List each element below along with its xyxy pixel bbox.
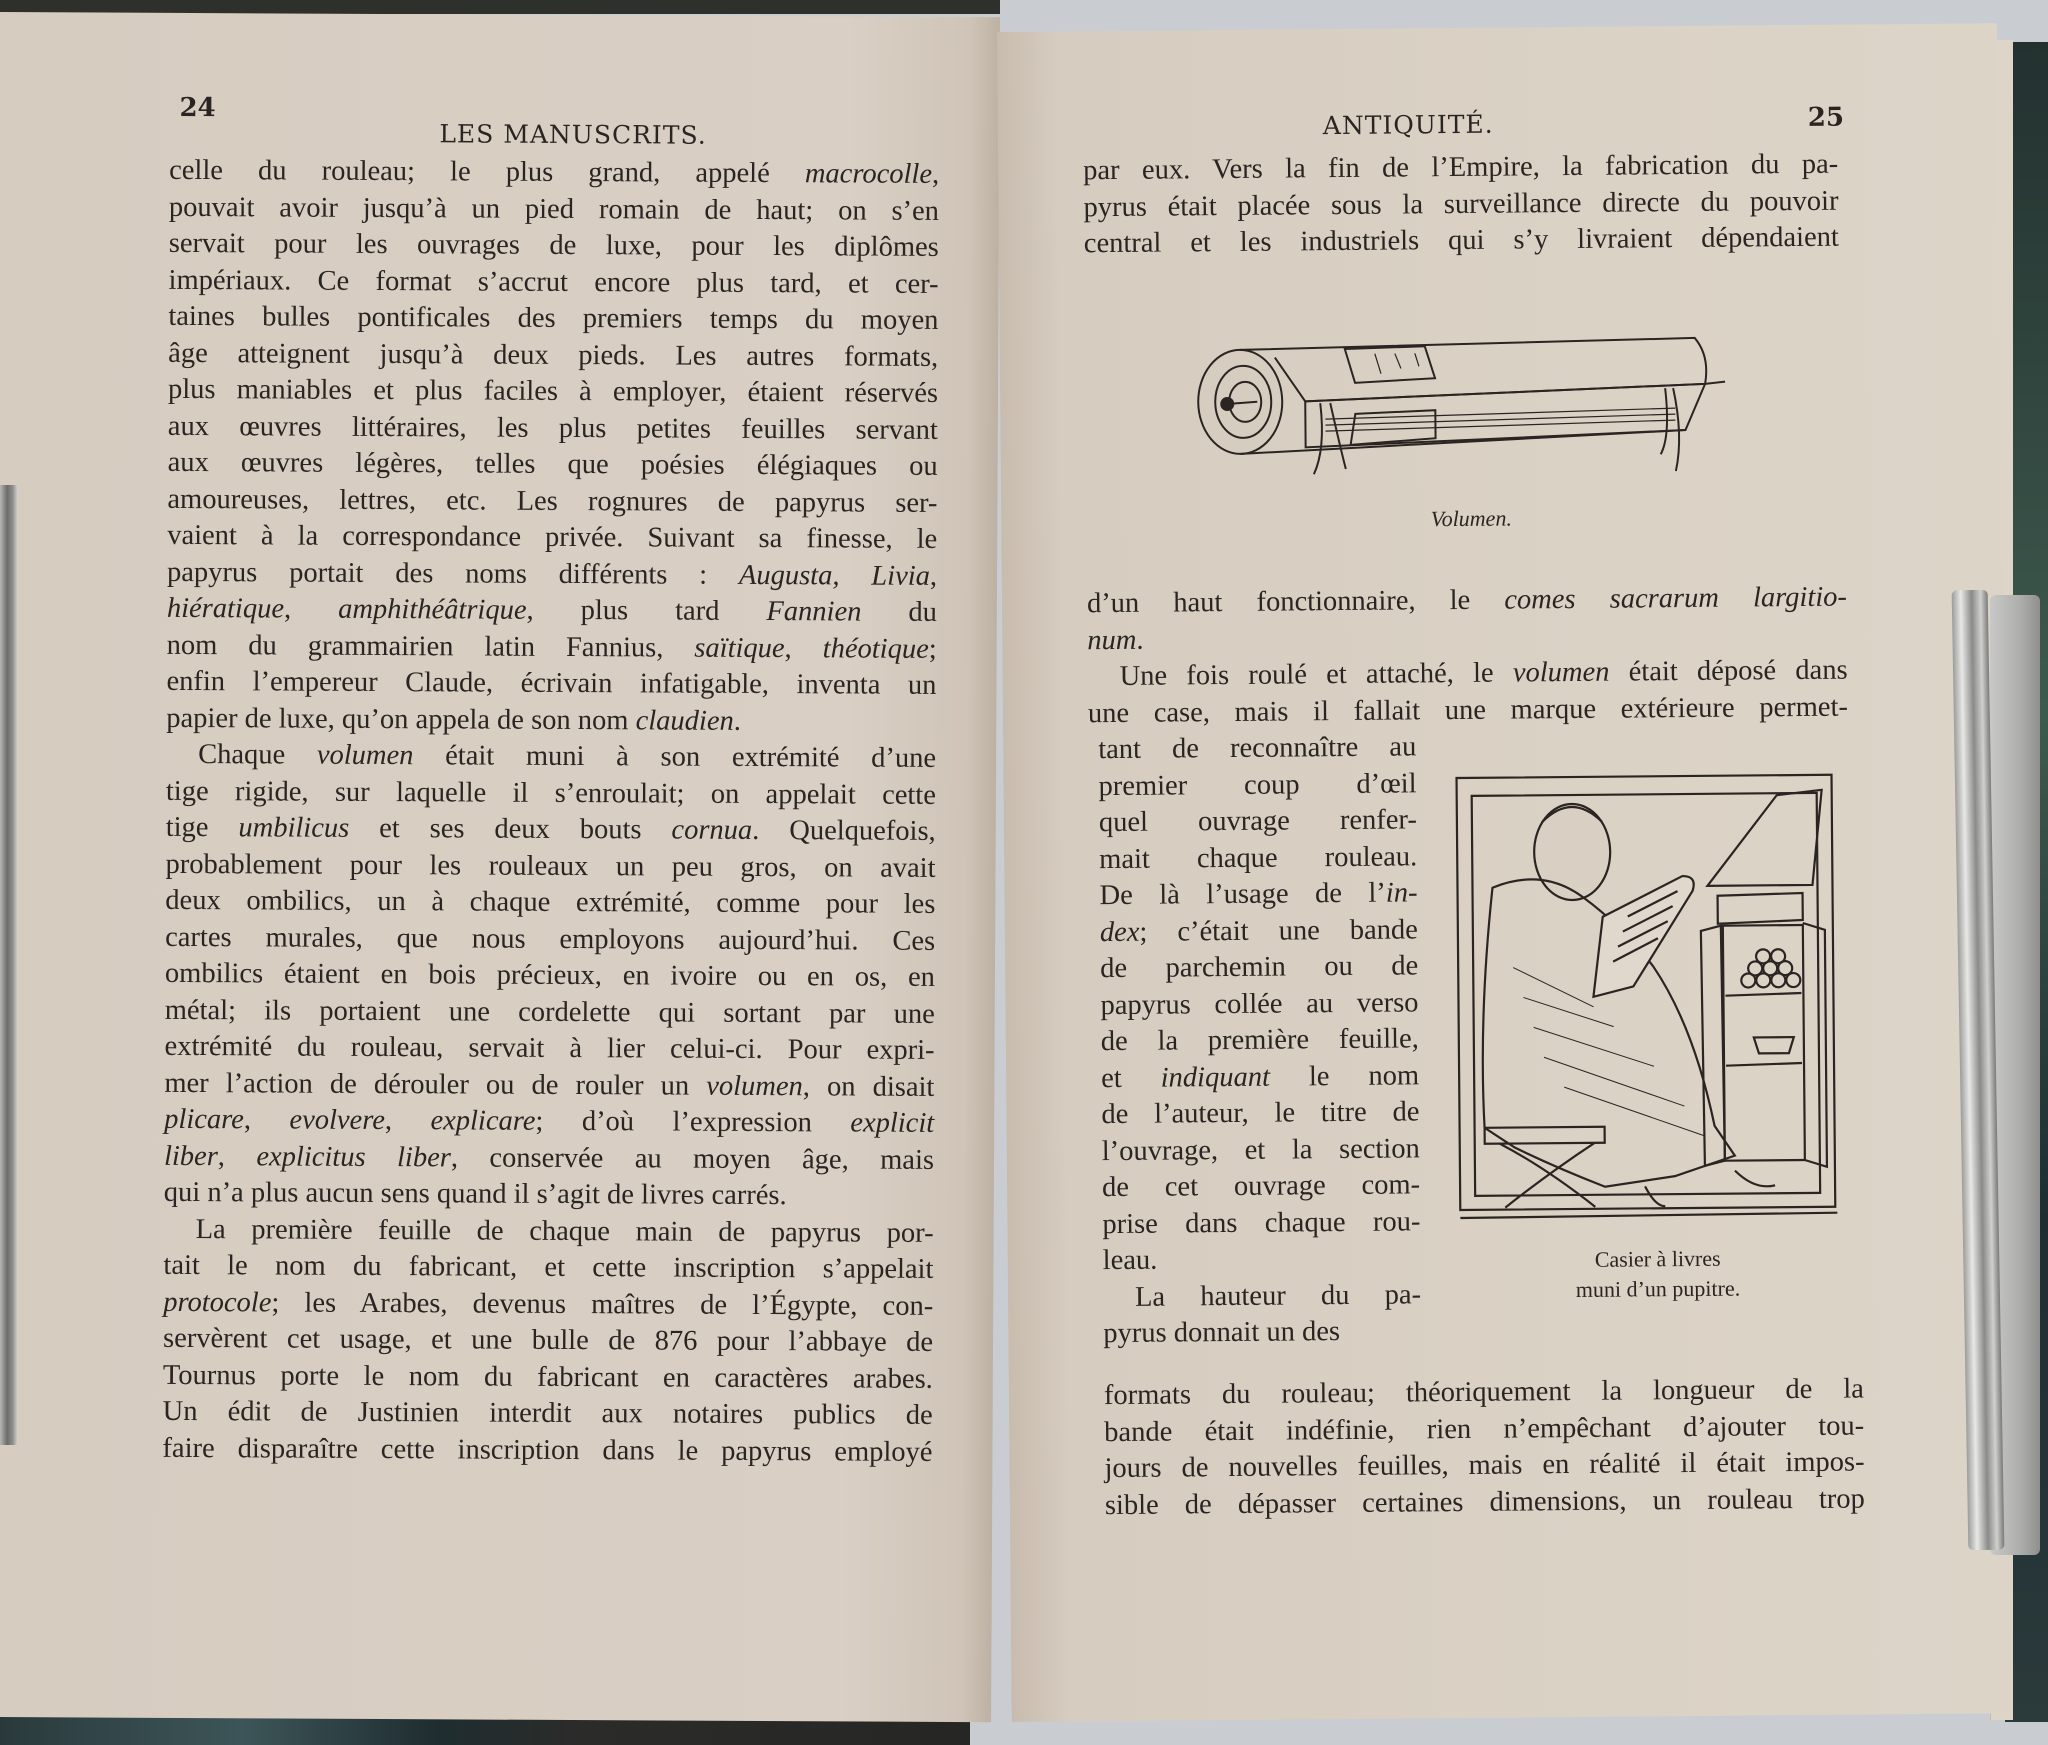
text-line: amoureuses, lettres, etc. Les rognures d…: [167, 481, 937, 522]
text-line: âge atteignent jusqu’à deux pieds. Les a…: [168, 335, 938, 376]
page-clip-left: [0, 485, 18, 1445]
text-segment: était muni à son extrémité d’une: [413, 740, 936, 774]
text-segment: de la première feuille,: [1101, 1023, 1419, 1057]
text-line: papyrus collée au verso: [1100, 985, 1418, 1024]
text-line: leau.: [1103, 1240, 1421, 1279]
text-line: La hauteur du pa-: [1103, 1277, 1421, 1316]
text-line: liber, explicitus liber, conservée au mo…: [164, 1138, 934, 1179]
text-segment: ,: [284, 593, 338, 624]
text-segment: ,: [244, 1104, 290, 1135]
text-segment: pyrus donnait un des: [1103, 1316, 1340, 1349]
text-segment: le nom: [1270, 1060, 1419, 1092]
text-segment: d’un haut fonctionnaire, le: [1087, 585, 1505, 620]
text-segment: ,: [385, 1105, 431, 1136]
text-line: aux œuvres littéraires, les plus petites…: [168, 408, 938, 449]
text-segment: Une fois roulé et attaché, le: [1119, 658, 1513, 692]
text-segment: nom du grammairien latin Fannius,: [167, 629, 695, 663]
italic-term: explicit: [850, 1107, 934, 1138]
text-line: aux œuvres légères, telles que poésies é…: [168, 445, 938, 486]
text-segment: ,: [218, 1141, 257, 1172]
text-segment: De là l’usage de l’: [1099, 878, 1386, 911]
text-line: nom du grammairien latin Fannius, saïtiq…: [167, 627, 937, 668]
italic-term: evolvere: [289, 1105, 385, 1136]
text-segment: ; d’où l’expression: [535, 1106, 850, 1139]
text-line: servait pour les ouvrages de luxe, pour …: [169, 226, 939, 267]
text-segment: faire disparaître cette inscription dans…: [162, 1432, 932, 1467]
figure-caption: Volumen.: [1371, 505, 1571, 533]
text-segment: formats du rouleau; théoriquement la lon…: [1104, 1373, 1864, 1411]
page-number: 24: [179, 93, 215, 123]
text-line: métal; ils portaient une cordelette qui …: [165, 992, 935, 1033]
right-page: ANTIQUITÉ. 25 par eux. Vers la fin de l’…: [997, 23, 2012, 1722]
body-text-middle: d’un haut fonctionnaire, le comes sacrar…: [1087, 580, 1848, 733]
italic-term: liber: [164, 1140, 218, 1171]
text-segment: . Quelquefois,: [752, 815, 936, 847]
text-line: servèrent cet usage, et une bulle de 876…: [163, 1321, 933, 1362]
italic-term: volumen: [706, 1070, 803, 1102]
text-segment: de l’auteur, le titre de: [1101, 1096, 1419, 1130]
text-segment: une case, mais il fallait une marque ext…: [1088, 691, 1848, 729]
text-line: par eux. Vers la fin de l’Empire, la fab…: [1083, 147, 1838, 190]
text-line: extrémité du rouleau, servait à lier cel…: [164, 1029, 934, 1070]
italic-term: num: [1087, 624, 1136, 655]
text-line: jours de nouvelles feuilles, mais en réa…: [1104, 1444, 1864, 1487]
text-segment: du: [861, 597, 937, 628]
text-line: Une fois roulé et attaché, le volumen ét…: [1087, 653, 1847, 696]
body-text-top: par eux. Vers la fin de l’Empire, la fab…: [1083, 147, 1839, 263]
italic-term: in-: [1386, 877, 1418, 908]
text-segment: métal; ils portaient une cordelette qui …: [165, 994, 935, 1029]
text-segment: tant de reconnaître au: [1098, 731, 1416, 765]
text-segment: Tournus porte le nom du fabricant en car…: [163, 1359, 933, 1394]
text-line: plus maniables et plus faciles à employe…: [168, 372, 938, 413]
text-line: vaient à la correspondance privée. Suiva…: [167, 518, 937, 559]
italic-term: umbilicus: [238, 812, 349, 844]
italic-term: Fannien: [766, 596, 861, 627]
text-line: mait chaque rouleau.: [1099, 839, 1417, 878]
text-line: impériaux. Ce format s’accrut encore plu…: [169, 262, 939, 303]
text-segment: , on disait: [803, 1071, 935, 1103]
text-line: tait le nom du fabricant, et cette inscr…: [163, 1248, 933, 1289]
text-line: probablement pour les rouleaux un peu gr…: [165, 846, 935, 887]
italic-term: dex: [1100, 916, 1140, 947]
italic-term: saïtique: [694, 632, 784, 663]
text-line: d’un haut fonctionnaire, le comes sacrar…: [1087, 580, 1847, 623]
text-line: tige umbilicus et ses deux bouts cornua.…: [166, 810, 936, 851]
text-segment: premier coup d’œil: [1098, 768, 1416, 802]
text-line: tige rigide, sur laquelle il s’enroulait…: [166, 773, 936, 814]
text-line: La première feuille de chaque main de pa…: [164, 1211, 934, 1252]
text-segment: par eux. Vers la fin de l’Empire, la fab…: [1083, 149, 1838, 187]
text-segment: tait le nom du fabricant, et cette inscr…: [163, 1250, 933, 1285]
italic-term: Augusta, Livia: [739, 559, 930, 591]
left-page: 24 LES MANUSCRITS. celle du rouleau; le …: [0, 12, 1000, 1722]
text-segment: impériaux. Ce format s’accrut encore plu…: [169, 264, 939, 299]
italic-term: plicare: [164, 1104, 244, 1135]
italic-term: explicare: [430, 1105, 535, 1137]
text-line: de cet ouvrage com-: [1102, 1167, 1420, 1206]
text-line: plicare, evolvere, explicare; d’où l’exp…: [164, 1102, 934, 1143]
reader-drawing-icon: [1451, 765, 1845, 1228]
text-line: de l’auteur, le titre de: [1101, 1094, 1419, 1133]
text-segment: , plus tard: [526, 595, 766, 627]
text-segment: mait chaque rouleau.: [1099, 841, 1417, 875]
text-segment: plus maniables et plus faciles à employe…: [168, 374, 938, 409]
text-line: pyrus donnait un des: [1103, 1313, 1421, 1352]
text-line: De là l’usage de l’in-: [1099, 875, 1417, 914]
text-segment: aux œuvres légères, telles que poésies é…: [168, 447, 938, 482]
text-line: quel ouvrage renfer-: [1099, 802, 1417, 841]
text-segment: pouvait avoir jusqu’à un pied romain de …: [169, 191, 939, 226]
text-segment: vaient à la correspondance privée. Suiva…: [167, 520, 937, 555]
text-line: de la première feuille,: [1101, 1021, 1419, 1060]
text-segment: enfin l’empereur Claude, écrivain infati…: [166, 666, 936, 701]
text-line: deux ombilics, un à chaque extrémité, co…: [165, 883, 935, 924]
text-segment: ; c’était une bande: [1139, 914, 1418, 947]
text-segment: La hauteur du pa-: [1135, 1279, 1421, 1312]
italic-term: amphithéâtrique: [338, 594, 527, 626]
body-text-wrapped: tant de reconnaître aupremier coup d’œil…: [1098, 729, 1421, 1352]
text-segment: extrémité du rouleau, servait à lier cel…: [165, 1031, 935, 1066]
text-segment: âge atteignent jusqu’à deux pieds. Les a…: [168, 337, 938, 372]
text-line: qui n’a plus aucun sens quand il s’agit …: [164, 1175, 934, 1216]
text-segment: sible de dépasser certaines dimensions, …: [1105, 1483, 1865, 1521]
scroll-drawing-icon: [1195, 325, 1747, 510]
text-segment: .: [1136, 624, 1143, 655]
text-segment: papier de luxe, qu’on appela de son nom: [166, 702, 635, 735]
text-segment: probablement pour les rouleaux un peu gr…: [165, 848, 935, 883]
text-segment: leau.: [1103, 1245, 1158, 1276]
text-line: Un édit de Justinien interdit aux notair…: [163, 1394, 933, 1435]
text-segment: ombilics étaient en bois précieux, en iv…: [165, 958, 935, 993]
italic-term: volumen: [1513, 657, 1610, 689]
text-segment: central et les industriels qui s’y livra…: [1084, 222, 1839, 260]
text-line: de parchemin ou de: [1100, 948, 1418, 987]
text-line: pouvait avoir jusqu’à un pied romain de …: [169, 189, 939, 230]
running-head: ANTIQUITÉ.: [1323, 110, 1494, 140]
text-segment: qui n’a plus aucun sens quand il s’agit …: [164, 1177, 787, 1211]
figure-caption-line-1: Casier à livres: [1468, 1245, 1848, 1274]
italic-term: cornua: [671, 815, 752, 846]
body-text-bottom: formats du rouleau; théoriquement la lon…: [1104, 1371, 1865, 1524]
text-segment: Un édit de Justinien interdit aux notair…: [163, 1396, 933, 1431]
text-segment: .: [734, 705, 741, 736]
text-line: papyrus portait des noms différents : Au…: [167, 554, 937, 595]
text-line: papier de luxe, qu’on appela de son nom …: [166, 700, 936, 741]
text-line: taines bulles pontificales des premiers …: [168, 299, 938, 340]
text-segment: de cet ouvrage com-: [1102, 1169, 1420, 1203]
volumen-illustration: [1195, 325, 1747, 510]
italic-term: théotique: [823, 633, 929, 665]
text-line: mer l’action de dérouler ou de rouler un…: [164, 1065, 934, 1106]
italic-term: volumen: [317, 740, 414, 772]
text-segment: de parchemin ou de: [1100, 950, 1418, 984]
italic-term: indiquant: [1161, 1061, 1271, 1093]
text-line: formats du rouleau; théoriquement la lon…: [1104, 1371, 1864, 1414]
italic-term: hiératique: [167, 593, 284, 625]
text-line: Tournus porte le nom du fabricant en car…: [163, 1357, 933, 1398]
text-segment: , conservée au moyen âge, mais: [451, 1142, 934, 1176]
running-head: LES MANUSCRITS.: [439, 119, 706, 149]
text-segment: tige: [166, 812, 239, 843]
text-line: enfin l’empereur Claude, écrivain infati…: [166, 664, 936, 705]
text-segment: papyrus portait des noms différents :: [167, 556, 739, 590]
text-line: Chaque volumen était muni à son extrémit…: [166, 737, 936, 778]
text-segment: mer l’action de dérouler ou de rouler un: [164, 1067, 706, 1101]
text-segment: pyrus était placée sous la surveillance …: [1083, 185, 1838, 223]
text-line: tant de reconnaître au: [1098, 729, 1416, 768]
text-segment: deux ombilics, un à chaque extrémité, co…: [165, 885, 935, 920]
text-segment: La première feuille de chaque main de pa…: [196, 1214, 934, 1249]
text-segment: jours de nouvelles feuilles, mais en réa…: [1104, 1446, 1864, 1484]
text-line: l’ouvrage, et la section: [1102, 1131, 1420, 1170]
text-segment: était déposé dans: [1609, 655, 1847, 688]
italic-term: macrocolle: [805, 158, 932, 190]
text-segment: taines bulles pontificales des premiers …: [168, 301, 938, 336]
text-segment: et ses deux bouts: [349, 813, 671, 846]
text-segment: celle du rouleau; le plus grand, appelé: [169, 155, 805, 189]
text-segment: aux œuvres littéraires, les plus petites…: [168, 410, 938, 445]
text-line: et indiquant le nom: [1101, 1058, 1419, 1097]
text-line: premier coup d’œil: [1098, 766, 1416, 805]
reader-with-bookcase-illustration: [1451, 765, 1845, 1228]
page-number: 25: [1808, 103, 1844, 133]
text-line: une case, mais il fallait une marque ext…: [1088, 689, 1848, 732]
text-segment: ; les Arabes, devenus maîtres de l’Égypt…: [271, 1287, 933, 1321]
text-segment: ;: [929, 633, 937, 664]
text-segment: cartes murales, que nous employons aujou…: [165, 921, 935, 956]
text-segment: servèrent cet usage, et une bulle de 876…: [163, 1323, 933, 1358]
figure-caption-line-2: muni d’un pupitre.: [1468, 1275, 1848, 1304]
text-segment: bande était indéfinie, rien n’empêchant …: [1104, 1410, 1864, 1448]
text-segment: prise dans chaque rou-: [1102, 1206, 1420, 1240]
text-segment: ,: [932, 159, 939, 190]
text-line: sible de dépasser certaines dimensions, …: [1105, 1481, 1865, 1524]
text-segment: quel ouvrage renfer-: [1099, 804, 1417, 838]
italic-term: protocole: [163, 1286, 271, 1318]
text-line: cartes murales, que nous employons aujou…: [165, 919, 935, 960]
text-line: celle du rouleau; le plus grand, appelé …: [169, 153, 939, 194]
text-line: faire disparaître cette inscription dans…: [162, 1430, 932, 1471]
text-line: central et les industriels qui s’y livra…: [1084, 220, 1839, 263]
text-segment: ,: [930, 560, 937, 591]
text-segment: papyrus collée au verso: [1100, 987, 1418, 1021]
text-segment: et: [1101, 1062, 1161, 1094]
text-segment: l’ouvrage, et la section: [1102, 1133, 1420, 1167]
text-segment: servait pour les ouvrages de luxe, pour …: [169, 228, 939, 263]
text-segment: tige rigide, sur laquelle il s’enroulait…: [166, 775, 936, 810]
text-segment: ,: [785, 633, 823, 664]
text-line: protocole; les Arabes, devenus maîtres d…: [163, 1284, 933, 1325]
text-line: dex; c’était une bande: [1100, 912, 1418, 951]
italic-term: claudien: [636, 705, 734, 737]
text-line: prise dans chaque rou-: [1102, 1204, 1420, 1243]
text-line: hiératique, amphithéâtrique, plus tard F…: [167, 591, 937, 632]
body-text: celle du rouleau; le plus grand, appelé …: [162, 153, 939, 1471]
text-segment: amoureuses, lettres, etc. Les rognures d…: [167, 483, 937, 518]
text-line: ombilics étaient en bois précieux, en iv…: [165, 956, 935, 997]
italic-term: explicitus liber: [256, 1141, 451, 1173]
text-segment: Chaque: [198, 739, 317, 771]
italic-term: comes sacrarum largitio-: [1504, 582, 1847, 616]
